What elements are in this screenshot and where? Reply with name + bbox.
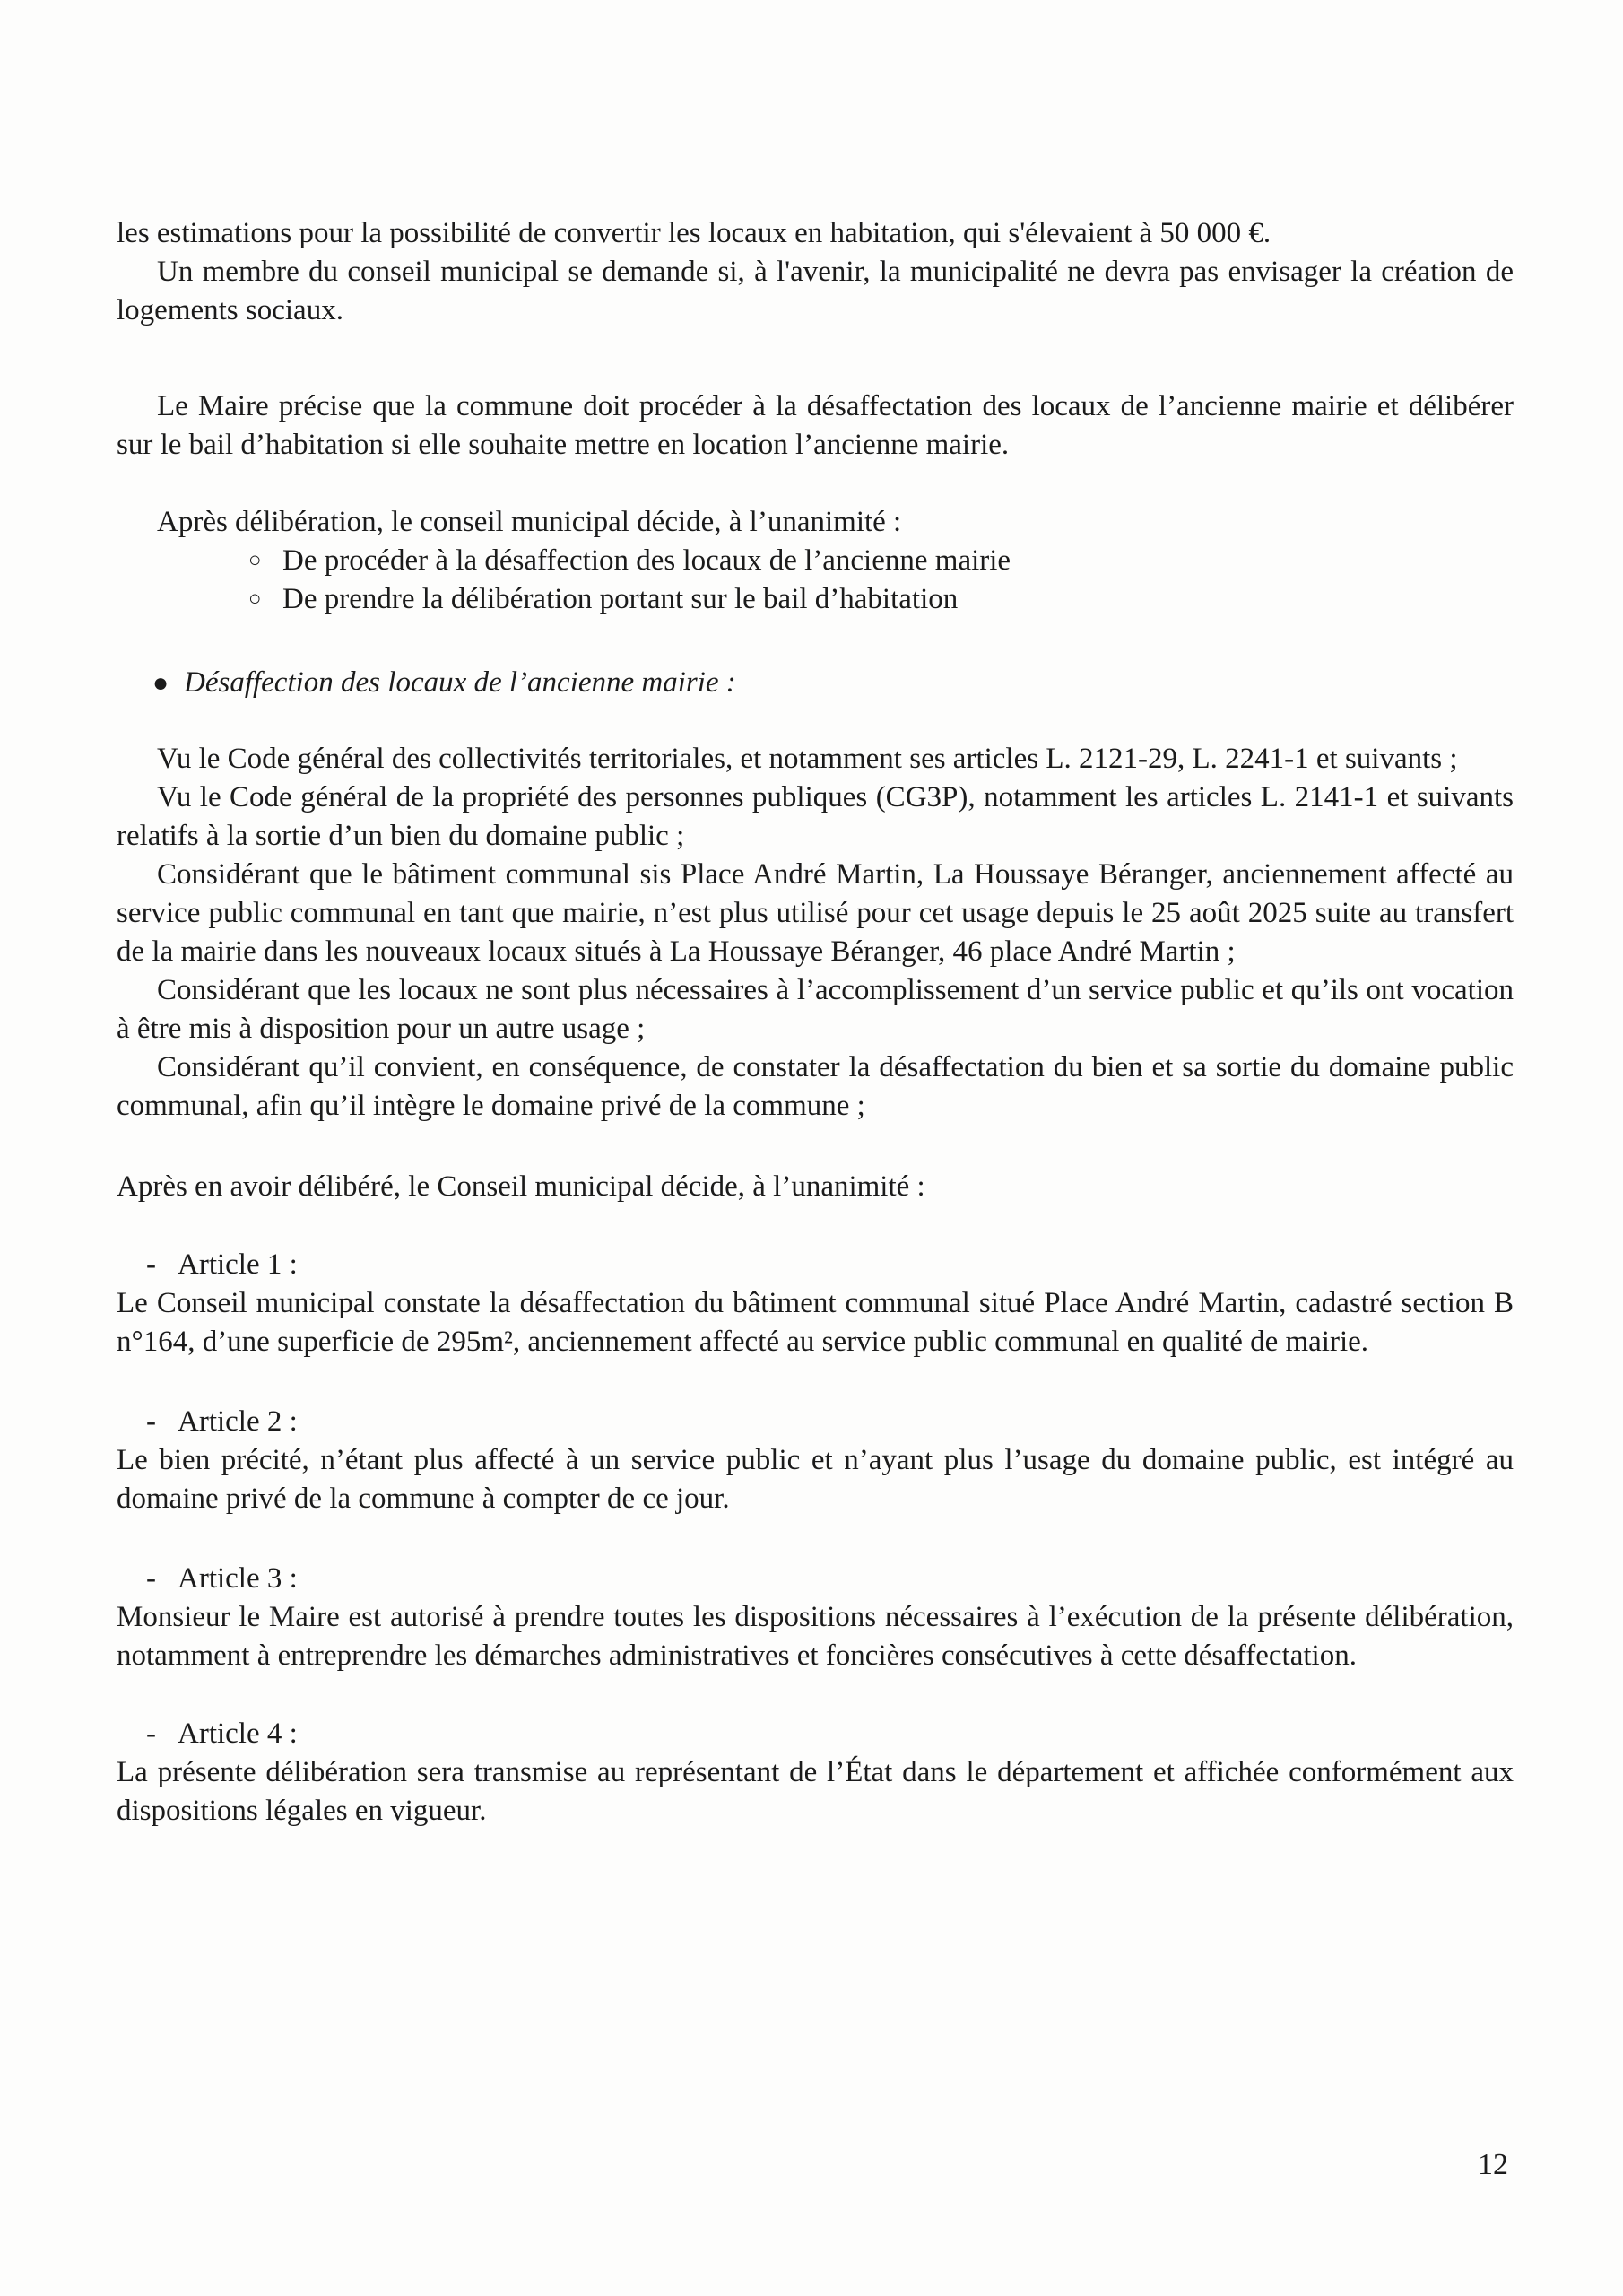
paragraph: Considérant que le bâtiment communal sis… xyxy=(117,856,1514,971)
paragraph: La présente délibération sera transmise … xyxy=(117,1753,1514,1831)
article-heading-text: Article 3 : xyxy=(178,1560,1514,1598)
list-item-text: De prendre la délibération portant sur l… xyxy=(282,580,1514,619)
dash-icon: - xyxy=(146,1246,178,1284)
article-heading-text: Article 2 : xyxy=(178,1403,1514,1441)
article-heading: - Article 4 : xyxy=(146,1715,1514,1753)
page-number: 12 xyxy=(1478,2145,1508,2184)
scanned-document-page: les estimations pour la possibilité de c… xyxy=(0,0,1623,2296)
paragraph: Vu le Code général des collectivités ter… xyxy=(117,740,1514,778)
paragraph: Le bien précité, n’étant plus affecté à … xyxy=(117,1441,1514,1518)
article-heading: - Article 3 : xyxy=(146,1560,1514,1598)
article-heading: - Article 1 : xyxy=(146,1246,1514,1284)
paragraph: Après délibération, le conseil municipal… xyxy=(117,503,1514,542)
list-item: ○ De procéder à la désaffection des loca… xyxy=(248,542,1514,580)
article-heading: - Article 2 : xyxy=(146,1403,1514,1441)
dash-icon: - xyxy=(146,1560,178,1598)
paragraph: Le Maire précise que la commune doit pro… xyxy=(117,387,1514,465)
article-heading-text: Article 4 : xyxy=(178,1715,1514,1753)
circle-bullet-icon: ○ xyxy=(248,542,282,580)
paragraph: Un membre du conseil municipal se demand… xyxy=(117,253,1514,330)
list-item-text: De procéder à la désaffection des locaux… xyxy=(282,542,1514,580)
paragraph: Vu le Code général de la propriété des p… xyxy=(117,778,1514,856)
paragraph: Considérant que les locaux ne sont plus … xyxy=(117,971,1514,1048)
list-item: ○ De prendre la délibération portant sur… xyxy=(248,580,1514,619)
paragraph: Le Conseil municipal constate la désaffe… xyxy=(117,1284,1514,1361)
section-heading-text: Désaffection des locaux de l’ancienne ma… xyxy=(184,664,1514,702)
paragraph: les estimations pour la possibilité de c… xyxy=(117,214,1514,253)
paragraph: Après en avoir délibéré, le Conseil muni… xyxy=(117,1168,1514,1206)
paragraph: Monsieur le Maire est autorisé à prendre… xyxy=(117,1598,1514,1675)
dash-icon: - xyxy=(146,1715,178,1753)
bullet-icon: ● xyxy=(152,664,184,702)
dash-icon: - xyxy=(146,1403,178,1441)
section-heading: ● Désaffection des locaux de l’ancienne … xyxy=(152,664,1514,702)
article-heading-text: Article 1 : xyxy=(178,1246,1514,1284)
paragraph: Considérant qu’il convient, en conséquen… xyxy=(117,1048,1514,1126)
circle-bullet-icon: ○ xyxy=(248,580,282,619)
